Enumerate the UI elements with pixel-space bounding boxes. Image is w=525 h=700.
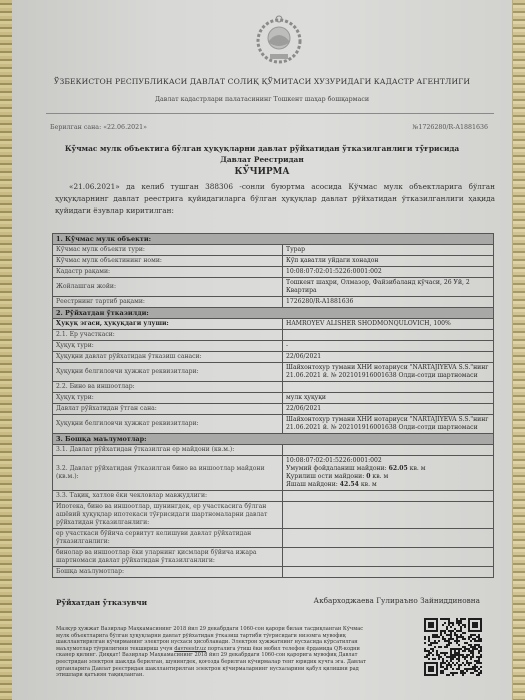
table-row: ер участкаси бўйича сервитут келишуви да… xyxy=(53,529,494,548)
intro-paragraph: «21.06.2021» да келиб тушган 388306 -сон… xyxy=(55,181,495,217)
document-heading: КЎЧИРМА xyxy=(12,167,512,177)
table-row: Ипотека, бино ва иншоотлар, шунингдек, е… xyxy=(53,502,494,529)
table-row: Ҳуқуқ тури:мулк ҳуқуқи xyxy=(53,393,494,404)
table-row: Ҳуқуқни белгиловчи ҳужжат реквизитлари:Ш… xyxy=(53,363,494,382)
subsection-buildings: 2.2. Бино ва иншоотлар: xyxy=(53,382,494,393)
living-area: Яшаш майдони: 42.54 кв. м xyxy=(286,481,490,489)
legal-footnote: Мазкур ҳужжат Вазирлар Маҳкамасининг 201… xyxy=(56,626,378,679)
section-header-registered: 2. Рўйхатдан ўтказилди: xyxy=(53,308,494,319)
total-area: Умумий фойдаланиш майдони: 62.05 кв. м xyxy=(286,465,490,473)
registry-number: №1726280/R-A1881636 xyxy=(412,124,488,131)
header-divider xyxy=(46,113,494,114)
qr-code-icon[interactable] xyxy=(424,618,482,676)
built-area: Қурилиш ости майдони: 0 кв. м xyxy=(286,473,490,481)
table-row: Бошқа маълумотлар: xyxy=(53,567,494,578)
branch-name: Давлат кадастрлари палатасининг Тошкент … xyxy=(12,96,512,103)
table-row: Жойлашган жойи:Тошкент шаҳри, Олмазор, Ф… xyxy=(53,278,494,297)
table-row: Давлат рўйхатидан ўтган сана:22/06/2021 xyxy=(53,404,494,415)
section-header-property: 1. Кўчмас мулк объекти: xyxy=(53,234,494,245)
table-row: 3.1. Давлат рўйхатидан ўтказилган ер май… xyxy=(53,445,494,456)
background-frame-right xyxy=(513,0,525,700)
state-emblem-icon xyxy=(250,14,308,64)
registry-table: 1. Кўчмас мулк объекти: Кўчмас мулк объе… xyxy=(52,233,494,578)
table-row: Кадастр рақами:10:08:07:02:01:5226:0001:… xyxy=(53,267,494,278)
table-row: Ҳуқуқни белгиловчи ҳужжат реквизитлари:Ш… xyxy=(53,415,494,434)
document-title: Кўчмас мулк объектига бўлган ҳуқуқларни … xyxy=(12,143,512,165)
document-title-line1: Кўчмас мулк объектига бўлган ҳуқуқларни … xyxy=(12,143,512,154)
subsection-land: 2.1. Ер участкаси: xyxy=(53,330,494,341)
registry-extract-document: ЎЗБЕКИСТОН РЕСПУБЛИКАСИ ДАВЛАТ СОЛИҚ ҚЎМ… xyxy=(12,0,512,700)
table-row-owner: Ҳуқуқ эгаси, ҳуқуқдаги улуши:HAMROYEV AL… xyxy=(53,319,494,330)
registrar-name: Акбарходжаева Гулираъно Зайниддиновна xyxy=(314,596,480,605)
registrar-label: Рўйхатдан ўтказувчи xyxy=(56,598,147,607)
issue-date: Берилган сана: «22.06.2021» xyxy=(50,124,147,131)
table-row: 3.3. Тақиқ, хатлов ёки чекловлар мавжудл… xyxy=(53,491,494,502)
section-header-other: 3. Бошқа маълумотлар: xyxy=(53,434,494,445)
table-row: Ҳуқуқ тури:- xyxy=(53,341,494,352)
table-row-area: 3.2. Давлат рўйхатидан ўтказилган бино в… xyxy=(53,456,494,491)
table-row: бинолар ва иншоотлар ёки уларнинг қисмла… xyxy=(53,548,494,567)
agency-name: ЎЗБЕКИСТОН РЕСПУБЛИКАСИ ДАВЛАТ СОЛИҚ ҚЎМ… xyxy=(12,77,512,86)
portal-link[interactable]: davreestr.uz xyxy=(174,646,206,652)
document-title-line2: Давлат Реестридан xyxy=(12,154,512,165)
table-row: Кўчмас мулк объекти тури:Турар xyxy=(53,245,494,256)
table-row: Реестрнинг тартиб рақами:1726280/R-A1881… xyxy=(53,297,494,308)
table-row: Кўчмас мулк объектининг номи:Кўп қаватли… xyxy=(53,256,494,267)
table-row: Ҳуқуқни давлат рўйхатидан ўтказиш санаси… xyxy=(53,352,494,363)
